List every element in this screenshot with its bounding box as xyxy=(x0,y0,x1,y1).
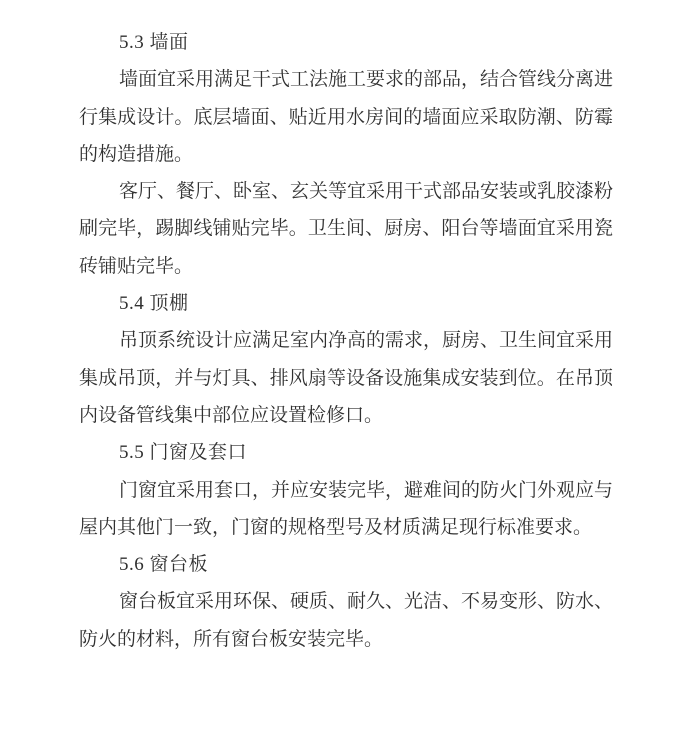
paragraph-line: 屋内其他门一致，门窗的规格型号及材质满足现行标准要求。 xyxy=(79,509,613,546)
paragraph-line: 门窗宜采用套口，并应安装完毕，避难间的防火门外观应与 xyxy=(79,472,613,509)
paragraph: 窗台板宜采用环保、硬质、耐久、光洁、不易变形、防水、 防火的材料，所有窗台板安装… xyxy=(79,583,613,658)
paragraph-line: 砖铺贴完毕。 xyxy=(79,248,613,285)
paragraph-line: 客厅、餐厅、卧室、玄关等宜采用干式部品安装或乳胶漆粉 xyxy=(79,173,613,210)
section-heading-5-3: 5.3 墙面 xyxy=(79,24,613,61)
paragraph-line: 的构造措施。 xyxy=(79,136,613,173)
section-heading-5-6: 5.6 窗台板 xyxy=(79,546,613,583)
document-page: 5.3 墙面 墙面宜采用满足干式工法施工要求的部品，结合管线分离进 行集成设计。… xyxy=(0,0,682,740)
paragraph-line: 刷完毕，踢脚线铺贴完毕。卫生间、厨房、阳台等墙面宜采用瓷 xyxy=(79,210,613,247)
paragraph-line: 集成吊顶，并与灯具、排风扇等设备设施集成安装到位。在吊顶 xyxy=(79,360,613,397)
document-text-block: 5.3 墙面 墙面宜采用满足干式工法施工要求的部品，结合管线分离进 行集成设计。… xyxy=(79,24,613,658)
paragraph: 墙面宜采用满足干式工法施工要求的部品，结合管线分离进 行集成设计。底层墙面、贴近… xyxy=(79,61,613,173)
paragraph: 客厅、餐厅、卧室、玄关等宜采用干式部品安装或乳胶漆粉 刷完毕，踢脚线铺贴完毕。卫… xyxy=(79,173,613,285)
paragraph-line: 吊顶系统设计应满足室内净高的需求，厨房、卫生间宜采用 xyxy=(79,322,613,359)
paragraph-line: 窗台板宜采用环保、硬质、耐久、光洁、不易变形、防水、 xyxy=(79,583,613,620)
section-heading-5-4: 5.4 顶棚 xyxy=(79,285,613,322)
paragraph-line: 防火的材料，所有窗台板安装完毕。 xyxy=(79,621,613,658)
paragraph-line: 墙面宜采用满足干式工法施工要求的部品，结合管线分离进 xyxy=(79,61,613,98)
section-heading-5-5: 5.5 门窗及套口 xyxy=(79,434,613,471)
paragraph-line: 行集成设计。底层墙面、贴近用水房间的墙面应采取防潮、防霉 xyxy=(79,99,613,136)
paragraph: 吊顶系统设计应满足室内净高的需求，厨房、卫生间宜采用 集成吊顶，并与灯具、排风扇… xyxy=(79,322,613,434)
paragraph: 门窗宜采用套口，并应安装完毕，避难间的防火门外观应与 屋内其他门一致，门窗的规格… xyxy=(79,472,613,547)
paragraph-line: 内设备管线集中部位应设置检修口。 xyxy=(79,397,613,434)
